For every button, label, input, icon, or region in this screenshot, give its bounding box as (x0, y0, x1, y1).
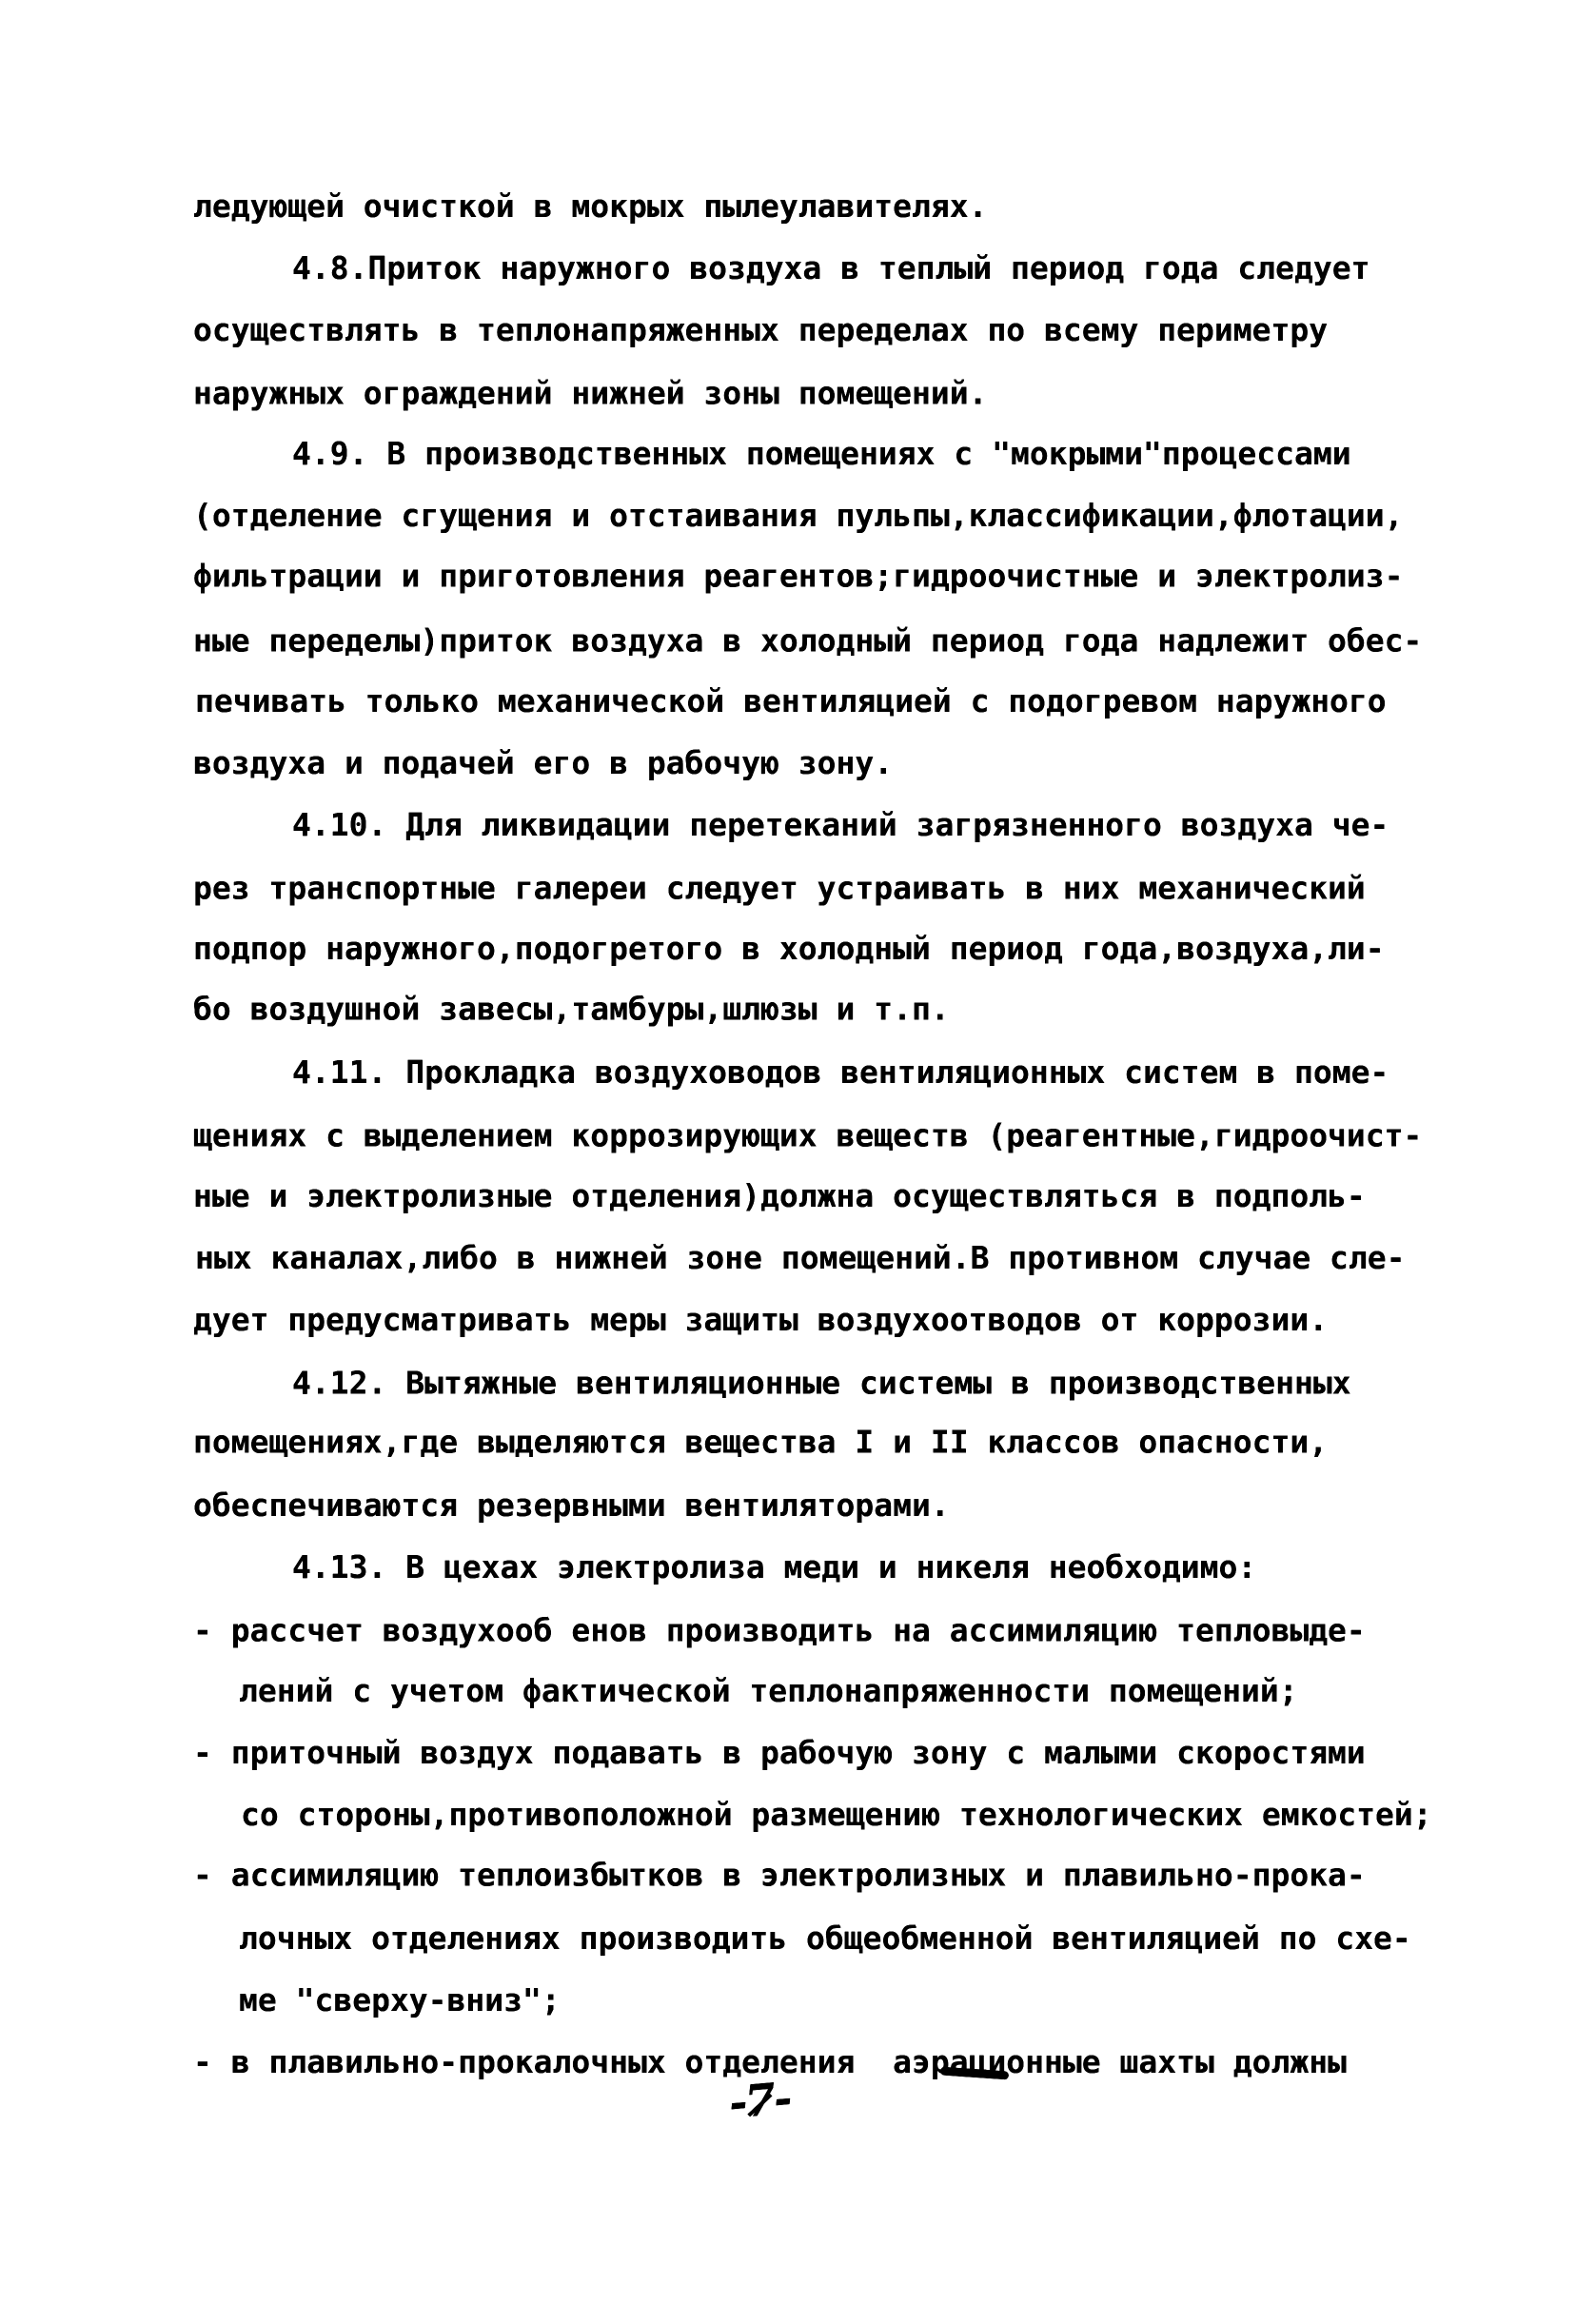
text-line: - приточный воздух подавать в рабочую зо… (193, 1722, 1449, 1783)
text-line: щениях с выделением коррозирующих вещест… (193, 1105, 1449, 1167)
text-line: подпор наружного,подогретого в холодный … (193, 917, 1449, 979)
text-line: 4.10. Для ликвидации перетеканий загрязн… (193, 794, 1449, 856)
text-line: лений с учетом фактической теплонапряжен… (193, 1660, 1449, 1722)
text-line: ные и электролизные отделения)должна осу… (193, 1165, 1449, 1227)
text-line: рез транспортные галереи следует устраив… (193, 857, 1449, 919)
text-block: ледующей очисткой в мокрых пылеулавителя… (193, 175, 1449, 2093)
page-number: -7- (727, 2072, 793, 2128)
text-line: обеспечиваются резервными вентиляторами. (193, 1474, 1449, 1536)
text-line: - рассчет воздухооб енов производить на … (193, 1600, 1449, 1662)
text-line: лочных отделениях производить общеобменн… (193, 1907, 1449, 1969)
text-line: дует предусматривать меры защиты воздухо… (193, 1289, 1449, 1350)
text-line: 4.12. Вытяжные вентиляционные системы в … (193, 1352, 1449, 1414)
text-line: бо воздушной завесы,тамбуры,шлюзы и т.п. (193, 978, 1449, 1040)
text-line: осуществлять в теплонапряженных передела… (193, 299, 1449, 361)
text-line: ные переделы)приток воздуха в холодный п… (193, 610, 1449, 672)
text-line: 4.9. В производственных помещениях с "мо… (193, 423, 1449, 484)
text-line: 4.8.Приток наружного воздуха в теплый пе… (193, 237, 1449, 299)
text-line: со стороны,противоположной размещению те… (195, 1783, 1451, 1845)
text-line: фильтрации и приготовления реагентов;гид… (193, 545, 1449, 607)
text-line: (отделение сгущения и отстаивания пульпы… (193, 484, 1449, 546)
text-line: печивать только механической вентиляцией… (195, 670, 1451, 732)
text-line: помещениях,где выделяются вещества I и I… (193, 1411, 1449, 1473)
text-line: ных каналах,либо в нижней зоне помещений… (195, 1227, 1451, 1289)
text-line: ме "сверху-вниз"; (193, 1969, 1449, 2031)
document-page: ледующей очисткой в мокрых пылеулавителя… (0, 0, 1596, 2304)
page-number-label: -7- (727, 2072, 793, 2128)
text-line: наружных ограждений нижней зоны помещени… (193, 363, 1449, 424)
text-line: 4.13. В цехах электролиза меди и никеля … (193, 1536, 1449, 1598)
text-line: воздуха и подачей его в рабочую зону. (193, 732, 1449, 794)
text-line: 4.11. Прокладка воздуховодов вентиляцион… (193, 1041, 1449, 1103)
text-line: - ассимиляцию теплоизбытков в электролиз… (193, 1844, 1449, 1906)
text-line: ледующей очисткой в мокрых пылеулавителя… (193, 175, 1449, 237)
text-line: - в плавильно-прокалочных отделения аэра… (193, 2031, 1449, 2093)
